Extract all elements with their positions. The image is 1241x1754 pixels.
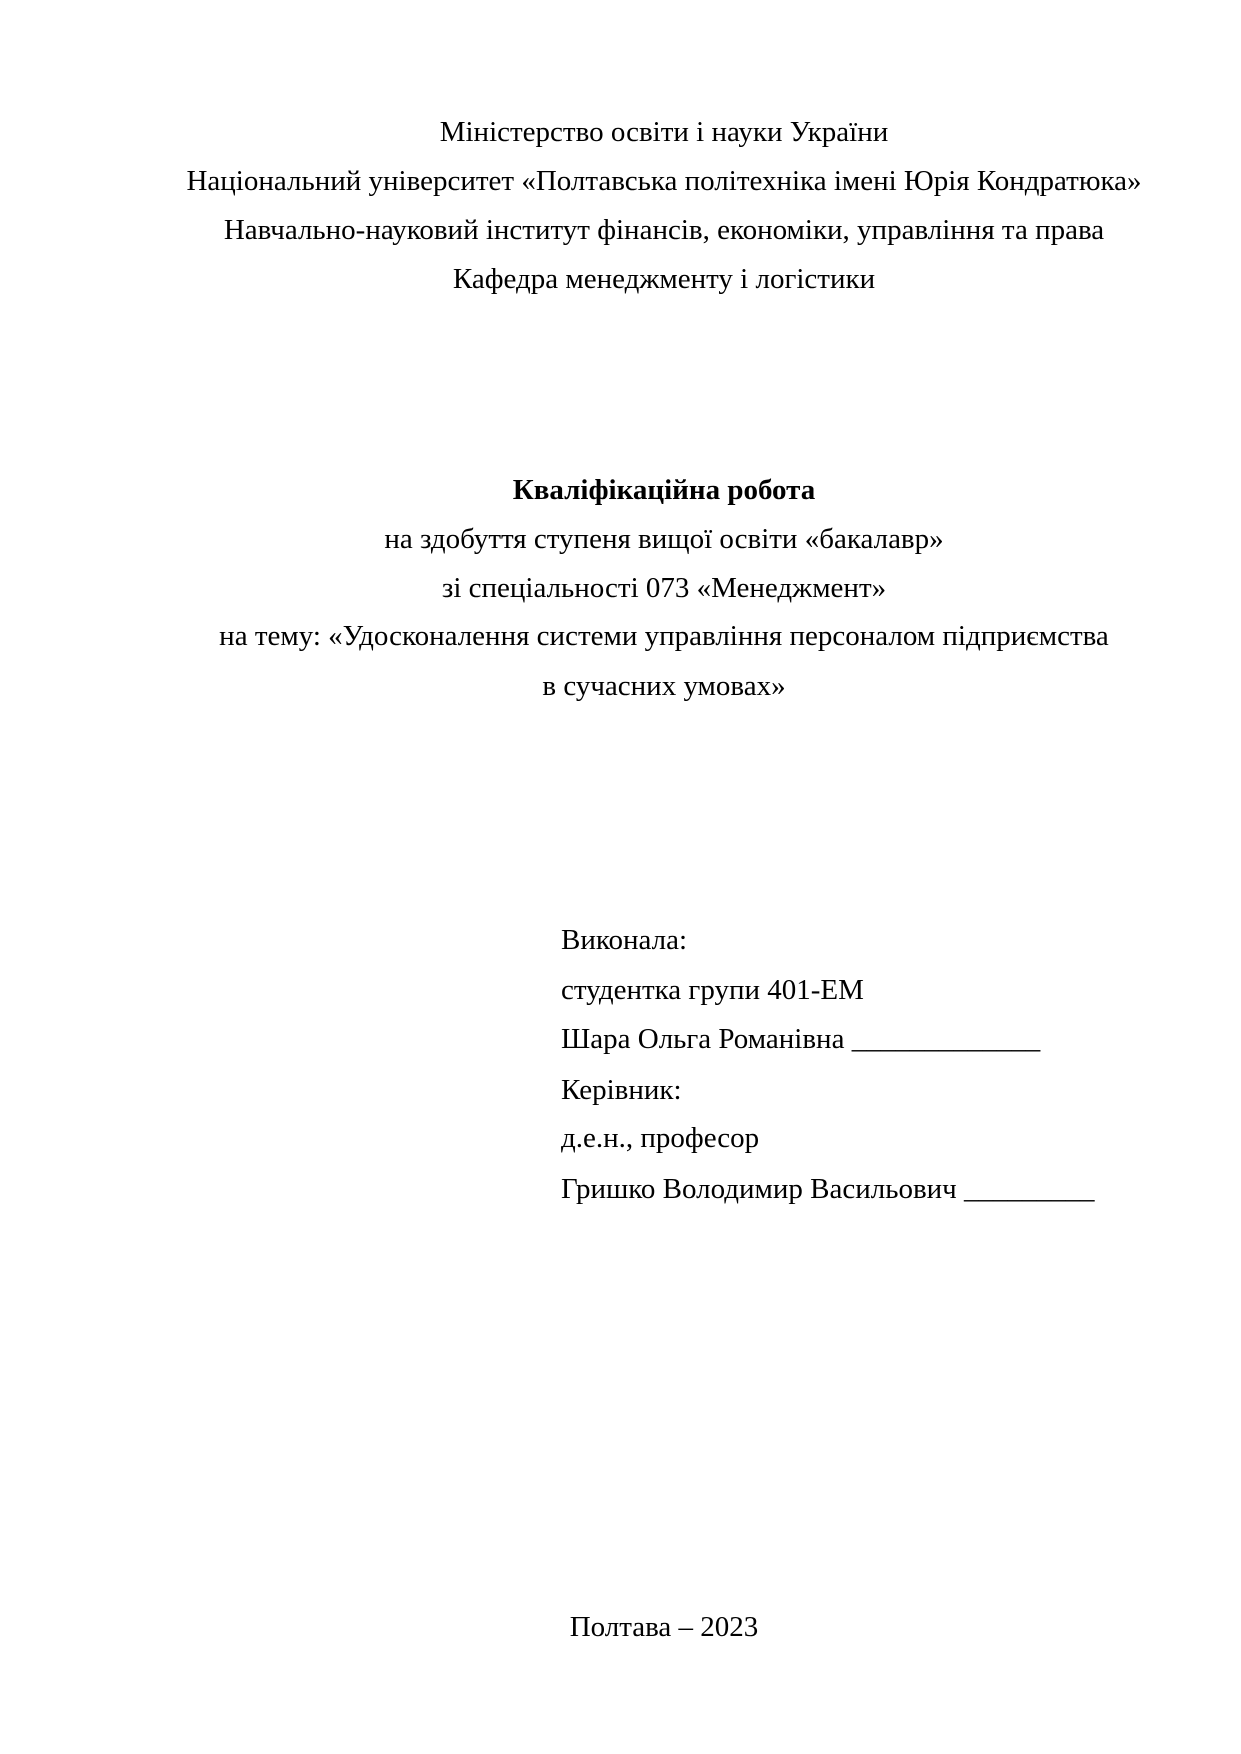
title-page: Міністерство освіти і науки України Наці… (0, 0, 1241, 1754)
topic-line-2: в сучасних умовах» (86, 672, 1241, 701)
performed-by-label: Виконала: (561, 926, 687, 955)
student-group: студентка групи 401-ЕМ (561, 976, 864, 1005)
supervisor-degree: д.е.н., професор (561, 1124, 759, 1153)
specialty-line: зі спеціальності 073 «Менеджмент» (86, 574, 1241, 603)
student-signature-blank: _____________ (852, 1023, 1041, 1055)
university-line: Національний університет «Полтавська пол… (86, 167, 1241, 196)
ministry-line: Міністерство освіти і науки України (86, 118, 1241, 147)
place-year: Полтава – 2023 (86, 1613, 1241, 1642)
supervisor-signature-blank: _________ (964, 1173, 1095, 1205)
supervisor-name: Гришко Володимир Васильович (561, 1173, 957, 1205)
degree-line: на здобуття ступеня вищої освіти «бакала… (86, 525, 1241, 554)
supervisor-label: Керівник: (561, 1076, 682, 1105)
topic-line-1: на тему: «Удосконалення системи управлін… (86, 622, 1241, 651)
student-name-row: Шара Ольга Романівна _____________ (561, 1025, 1040, 1054)
institute-line: Навчально-науковий інститут фінансів, ек… (86, 216, 1241, 245)
student-name: Шара Ольга Романівна (561, 1023, 844, 1055)
department-line: Кафедра менеджменту і логістики (86, 265, 1241, 294)
document-title: Кваліфікаційна робота (86, 476, 1241, 505)
supervisor-name-row: Гришко Володимир Васильович _________ (561, 1175, 1095, 1204)
